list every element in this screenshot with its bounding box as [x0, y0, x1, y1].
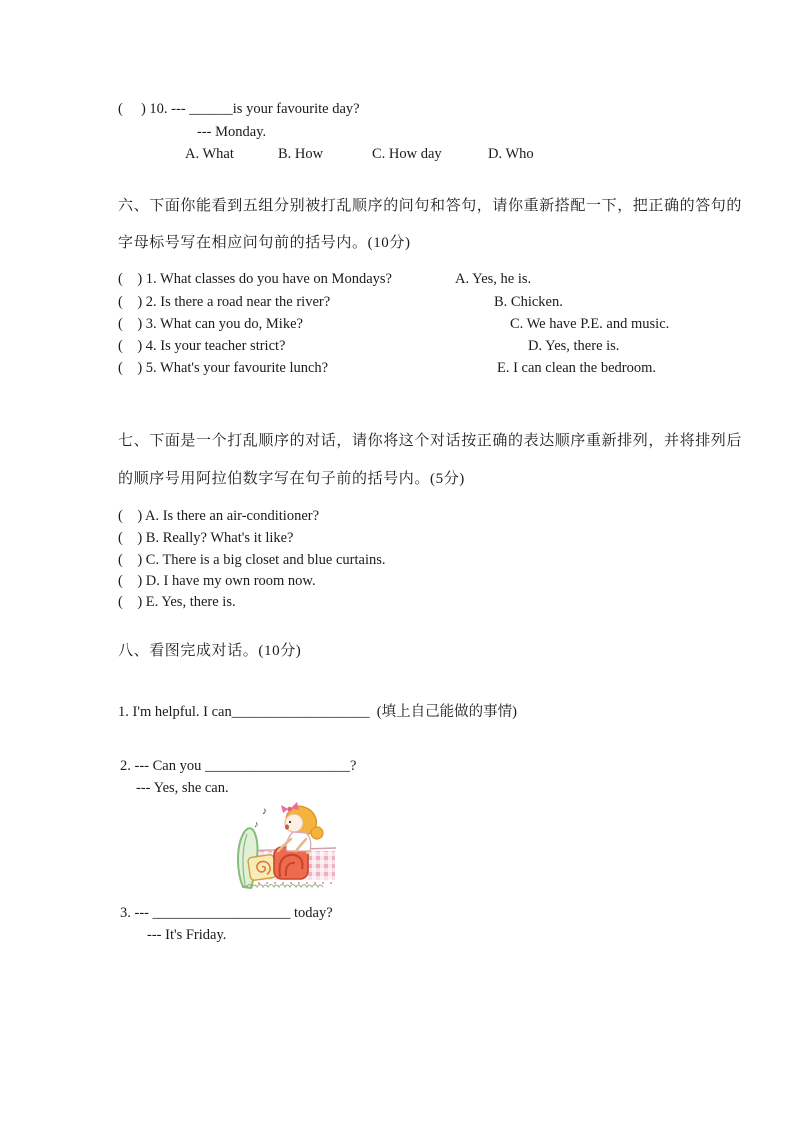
- q10-question-line: ( ) 10. --- ______is your favourite day?: [118, 99, 360, 119]
- girl-hair-bun: [311, 827, 323, 839]
- q10-option-b: B. How: [278, 144, 323, 164]
- s6-question-2: ( ) 2. Is there a road near the river?: [118, 292, 330, 312]
- section-7-title-line1: 七、下面是一个打乱顺序的对话，请你将这个对话按正确的表达顺序重新排列，并将排列后: [118, 431, 742, 451]
- section-7-title-line2: 的顺序号用阿拉伯数字写在句子前的括号内。(5分): [118, 469, 465, 489]
- pillow: [248, 854, 277, 880]
- scribble-caption: [243, 883, 332, 887]
- section-8-title: 八、看图完成对话。(10分): [118, 641, 301, 661]
- s8-question-2-line1: 2. --- Can you ____________________?: [120, 756, 356, 776]
- section-6-title-line2: 字母标号写在相应问句前的括号内。(10分): [118, 233, 411, 253]
- s7-item-c: ( ) C. There is a big closet and blue cu…: [118, 550, 386, 570]
- s6-question-1: ( ) 1. What classes do you have on Monda…: [118, 269, 392, 289]
- q10-answer-line: --- Monday.: [197, 122, 266, 142]
- s8-question-3-line1: 3. --- ___________________ today?: [120, 903, 333, 923]
- s6-answer-d: D. Yes, there is.: [528, 336, 619, 356]
- girl-making-bed-illustration: ♪ ♪: [228, 800, 338, 893]
- q10-option-d: D. Who: [488, 144, 534, 164]
- music-note-icon: ♪: [254, 819, 259, 829]
- s7-item-e: ( ) E. Yes, there is.: [118, 592, 236, 612]
- s6-question-5: ( ) 5. What's your favourite lunch?: [118, 358, 328, 378]
- s8-question-2-line2: --- Yes, she can.: [136, 778, 229, 798]
- s6-answer-a: A. Yes, he is.: [455, 269, 531, 289]
- q10-option-c: C. How day: [372, 144, 442, 164]
- s6-answer-e: E. I can clean the bedroom.: [497, 358, 656, 378]
- music-note-icon: ♪: [262, 806, 267, 817]
- girl-mouth: [285, 824, 289, 829]
- girl-bow-knot: [287, 807, 291, 811]
- s8-question-1: 1. I'm helpful. I can___________________…: [118, 702, 517, 722]
- folded-blanket: [274, 847, 308, 879]
- s7-item-a: ( ) A. Is there an air-conditioner?: [118, 506, 319, 526]
- s6-answer-b: B. Chicken.: [494, 292, 563, 312]
- s7-item-d: ( ) D. I have my own room now.: [118, 571, 316, 591]
- q10-option-a: A. What: [185, 144, 234, 164]
- s7-item-b: ( ) B. Really? What's it like?: [118, 528, 294, 548]
- girl-eye: [289, 821, 291, 823]
- s6-answer-c: C. We have P.E. and music.: [510, 314, 669, 334]
- worksheet-page: ( ) 10. --- ______is your favourite day?…: [0, 0, 793, 1122]
- s8-question-3-line2: --- It's Friday.: [147, 925, 226, 945]
- girl-figure: [278, 802, 323, 851]
- s6-question-4: ( ) 4. Is your teacher strict?: [118, 336, 286, 356]
- s6-question-3: ( ) 3. What can you do, Mike?: [118, 314, 303, 334]
- section-6-title-line1: 六、下面你能看到五组分别被打乱顺序的问句和答句，请你重新搭配一下，把正确的答句的: [118, 196, 742, 216]
- girl-bow-left: [281, 805, 288, 813]
